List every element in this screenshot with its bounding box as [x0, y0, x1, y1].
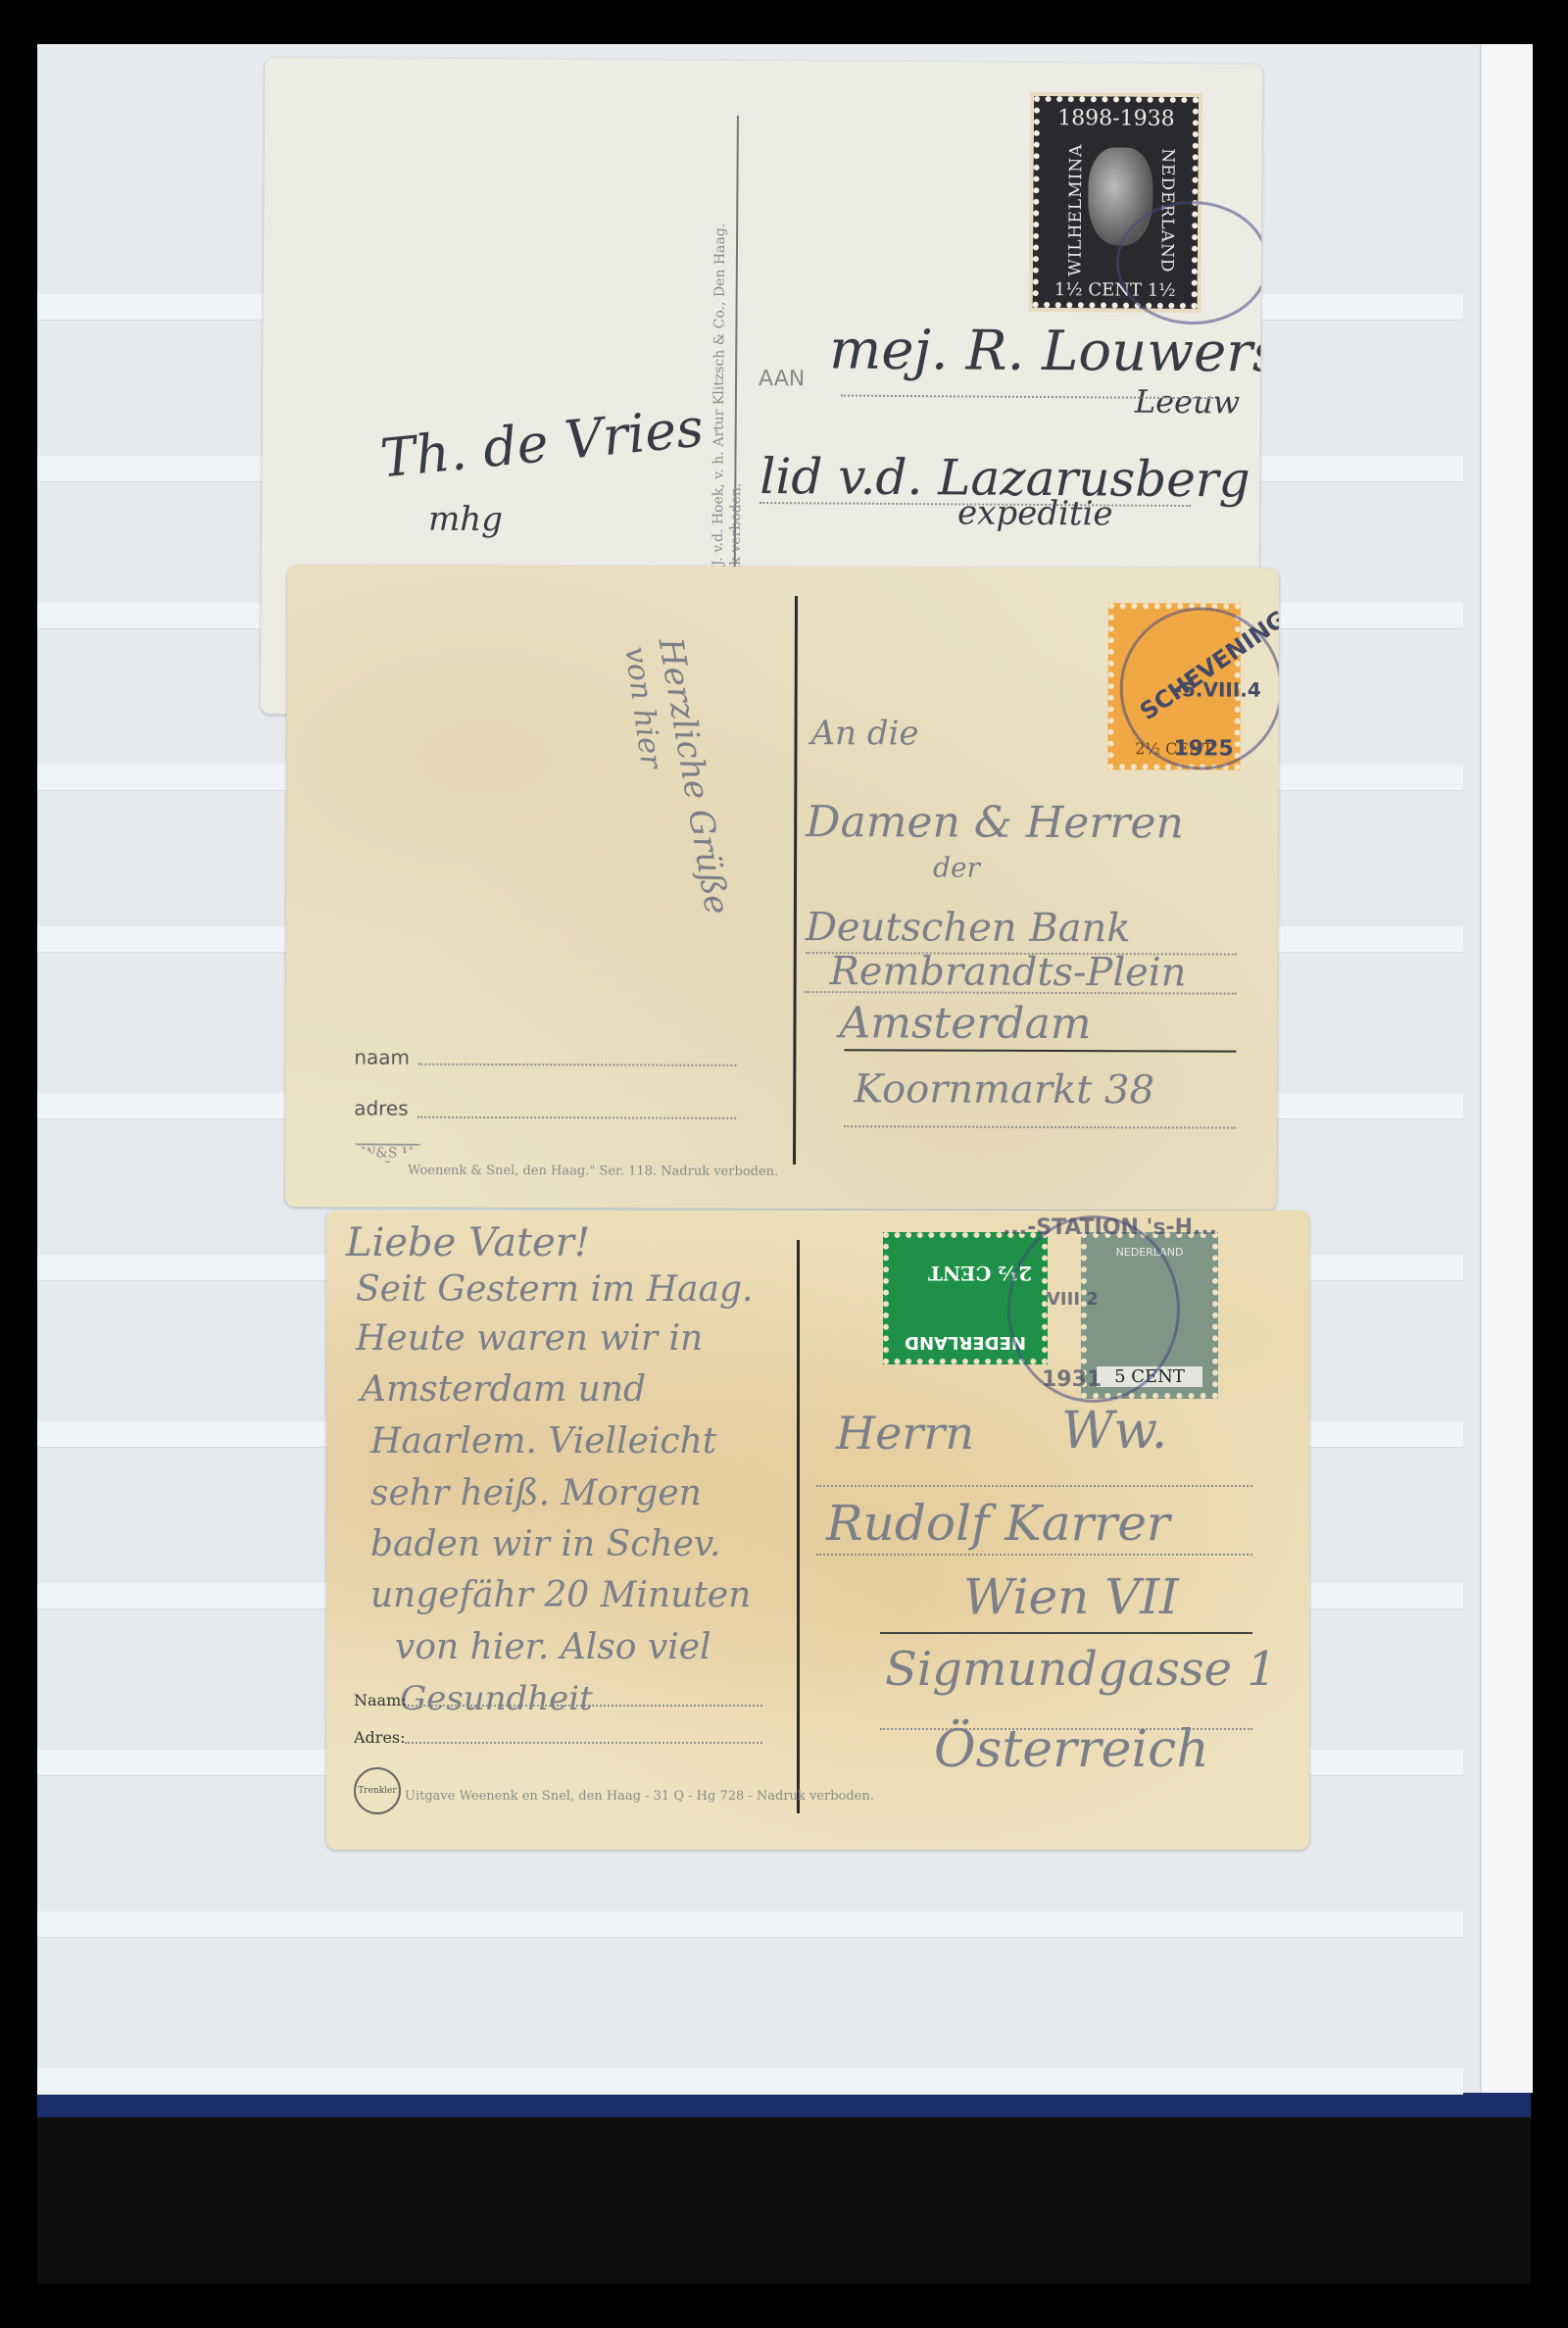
postcard-scheveningen-1925: 2½ CENT SCHEVENING.. -5.VIII.4 1925 An d…: [285, 565, 1279, 1211]
sender-signature: Th. de Vries: [377, 396, 706, 489]
underline: [844, 1049, 1236, 1052]
address-line: Herrn: [836, 1407, 974, 1460]
postmark-year: 1925: [1173, 736, 1233, 761]
address-line: mej. R. Louwers-: [829, 318, 1262, 384]
underline: [880, 1632, 1252, 1634]
address-line: Amsterdam: [839, 998, 1091, 1049]
address-line: Ww.: [1061, 1402, 1167, 1461]
sender-line: mhg: [428, 500, 503, 540]
address-line: An die: [810, 714, 918, 753]
stamp-left-text: WILHELMINA: [1065, 144, 1086, 276]
publisher-logo-icon: Trenkler: [354, 1767, 401, 1814]
address-line: Rudolf Karrer: [826, 1495, 1170, 1552]
form-label-address: adres: [354, 1096, 409, 1119]
address-dotted-line: [417, 1116, 736, 1119]
address-dotted-line: [405, 1742, 762, 1744]
address-line: Rembrandts-Plein: [830, 949, 1187, 995]
album-strip: [37, 1911, 1463, 1938]
address-line: Österreich: [934, 1720, 1209, 1779]
publisher-imprint: Woenenk & Snel, den Haag." Ser. 118. Nad…: [408, 1164, 778, 1179]
message-line: von hier. Also viel: [395, 1627, 711, 1667]
message-line: Heute waren wir in: [356, 1318, 703, 1359]
postmark-date: -5.VIII.4: [1174, 677, 1261, 701]
message-line: ungefähr 20 Minuten: [370, 1575, 751, 1615]
address-line: Leeuw: [1135, 383, 1240, 421]
message-line: Liebe Vater!: [346, 1220, 590, 1265]
album-page-edge: [1480, 44, 1533, 2093]
publisher-logo-icon: W&S H: [354, 1143, 421, 1163]
address-dotted-line: [816, 1554, 1252, 1556]
address-dotted-line: [844, 1125, 1236, 1128]
address-line: der: [933, 852, 980, 884]
form-label-name: naam: [354, 1045, 410, 1068]
name-dotted-line: [405, 1705, 762, 1707]
message-line: Amsterdam und: [361, 1369, 646, 1410]
message-line: sehr heiß. Morgen: [370, 1473, 702, 1513]
address-line: Koornmarkt 38: [854, 1066, 1154, 1113]
message-line: Haarlem. Vielleicht: [370, 1421, 716, 1461]
divider-line: [793, 596, 798, 1164]
message-line: Seit Gestern im Haag.: [356, 1269, 753, 1310]
background-surface: [37, 2117, 1531, 2284]
form-label-address: Adres:: [354, 1728, 406, 1747]
address-dotted-line: [816, 1485, 1252, 1487]
address-line: Wien VII: [963, 1568, 1179, 1625]
divider-line: [797, 1240, 800, 1813]
stamp-year: 1898-1938: [1040, 106, 1193, 131]
address-prefix: AAN: [759, 367, 805, 391]
postmark-place: ...-STATION 's-H...: [1003, 1215, 1217, 1240]
address-line: expeditie: [957, 493, 1113, 533]
publisher-imprint: Uitgave Weenenk en Snel, den Haag - 31 Q…: [405, 1789, 874, 1804]
postmark: [1115, 201, 1262, 325]
postmark-year: 1931: [1042, 1367, 1102, 1392]
message-line: baden wir in Schev.: [370, 1524, 720, 1564]
album-strip: [37, 2068, 1463, 2095]
address-line: Sigmundgasse 1: [885, 1642, 1277, 1697]
name-dotted-line: [417, 1064, 736, 1066]
message-line: Herzliche Grüße: [650, 635, 736, 917]
address-line: Damen & Herren: [806, 797, 1184, 848]
postcard-den-haag-1931: 2½ CENT NEDERLAND NEDERLAND 5 CENT ...-S…: [326, 1211, 1309, 1850]
form-label-name: Naam:: [354, 1691, 407, 1709]
message-line: Gesundheit: [400, 1679, 593, 1718]
postmark-date: VIII 2: [1047, 1289, 1099, 1310]
address-line: Deutschen Bank: [806, 905, 1131, 951]
